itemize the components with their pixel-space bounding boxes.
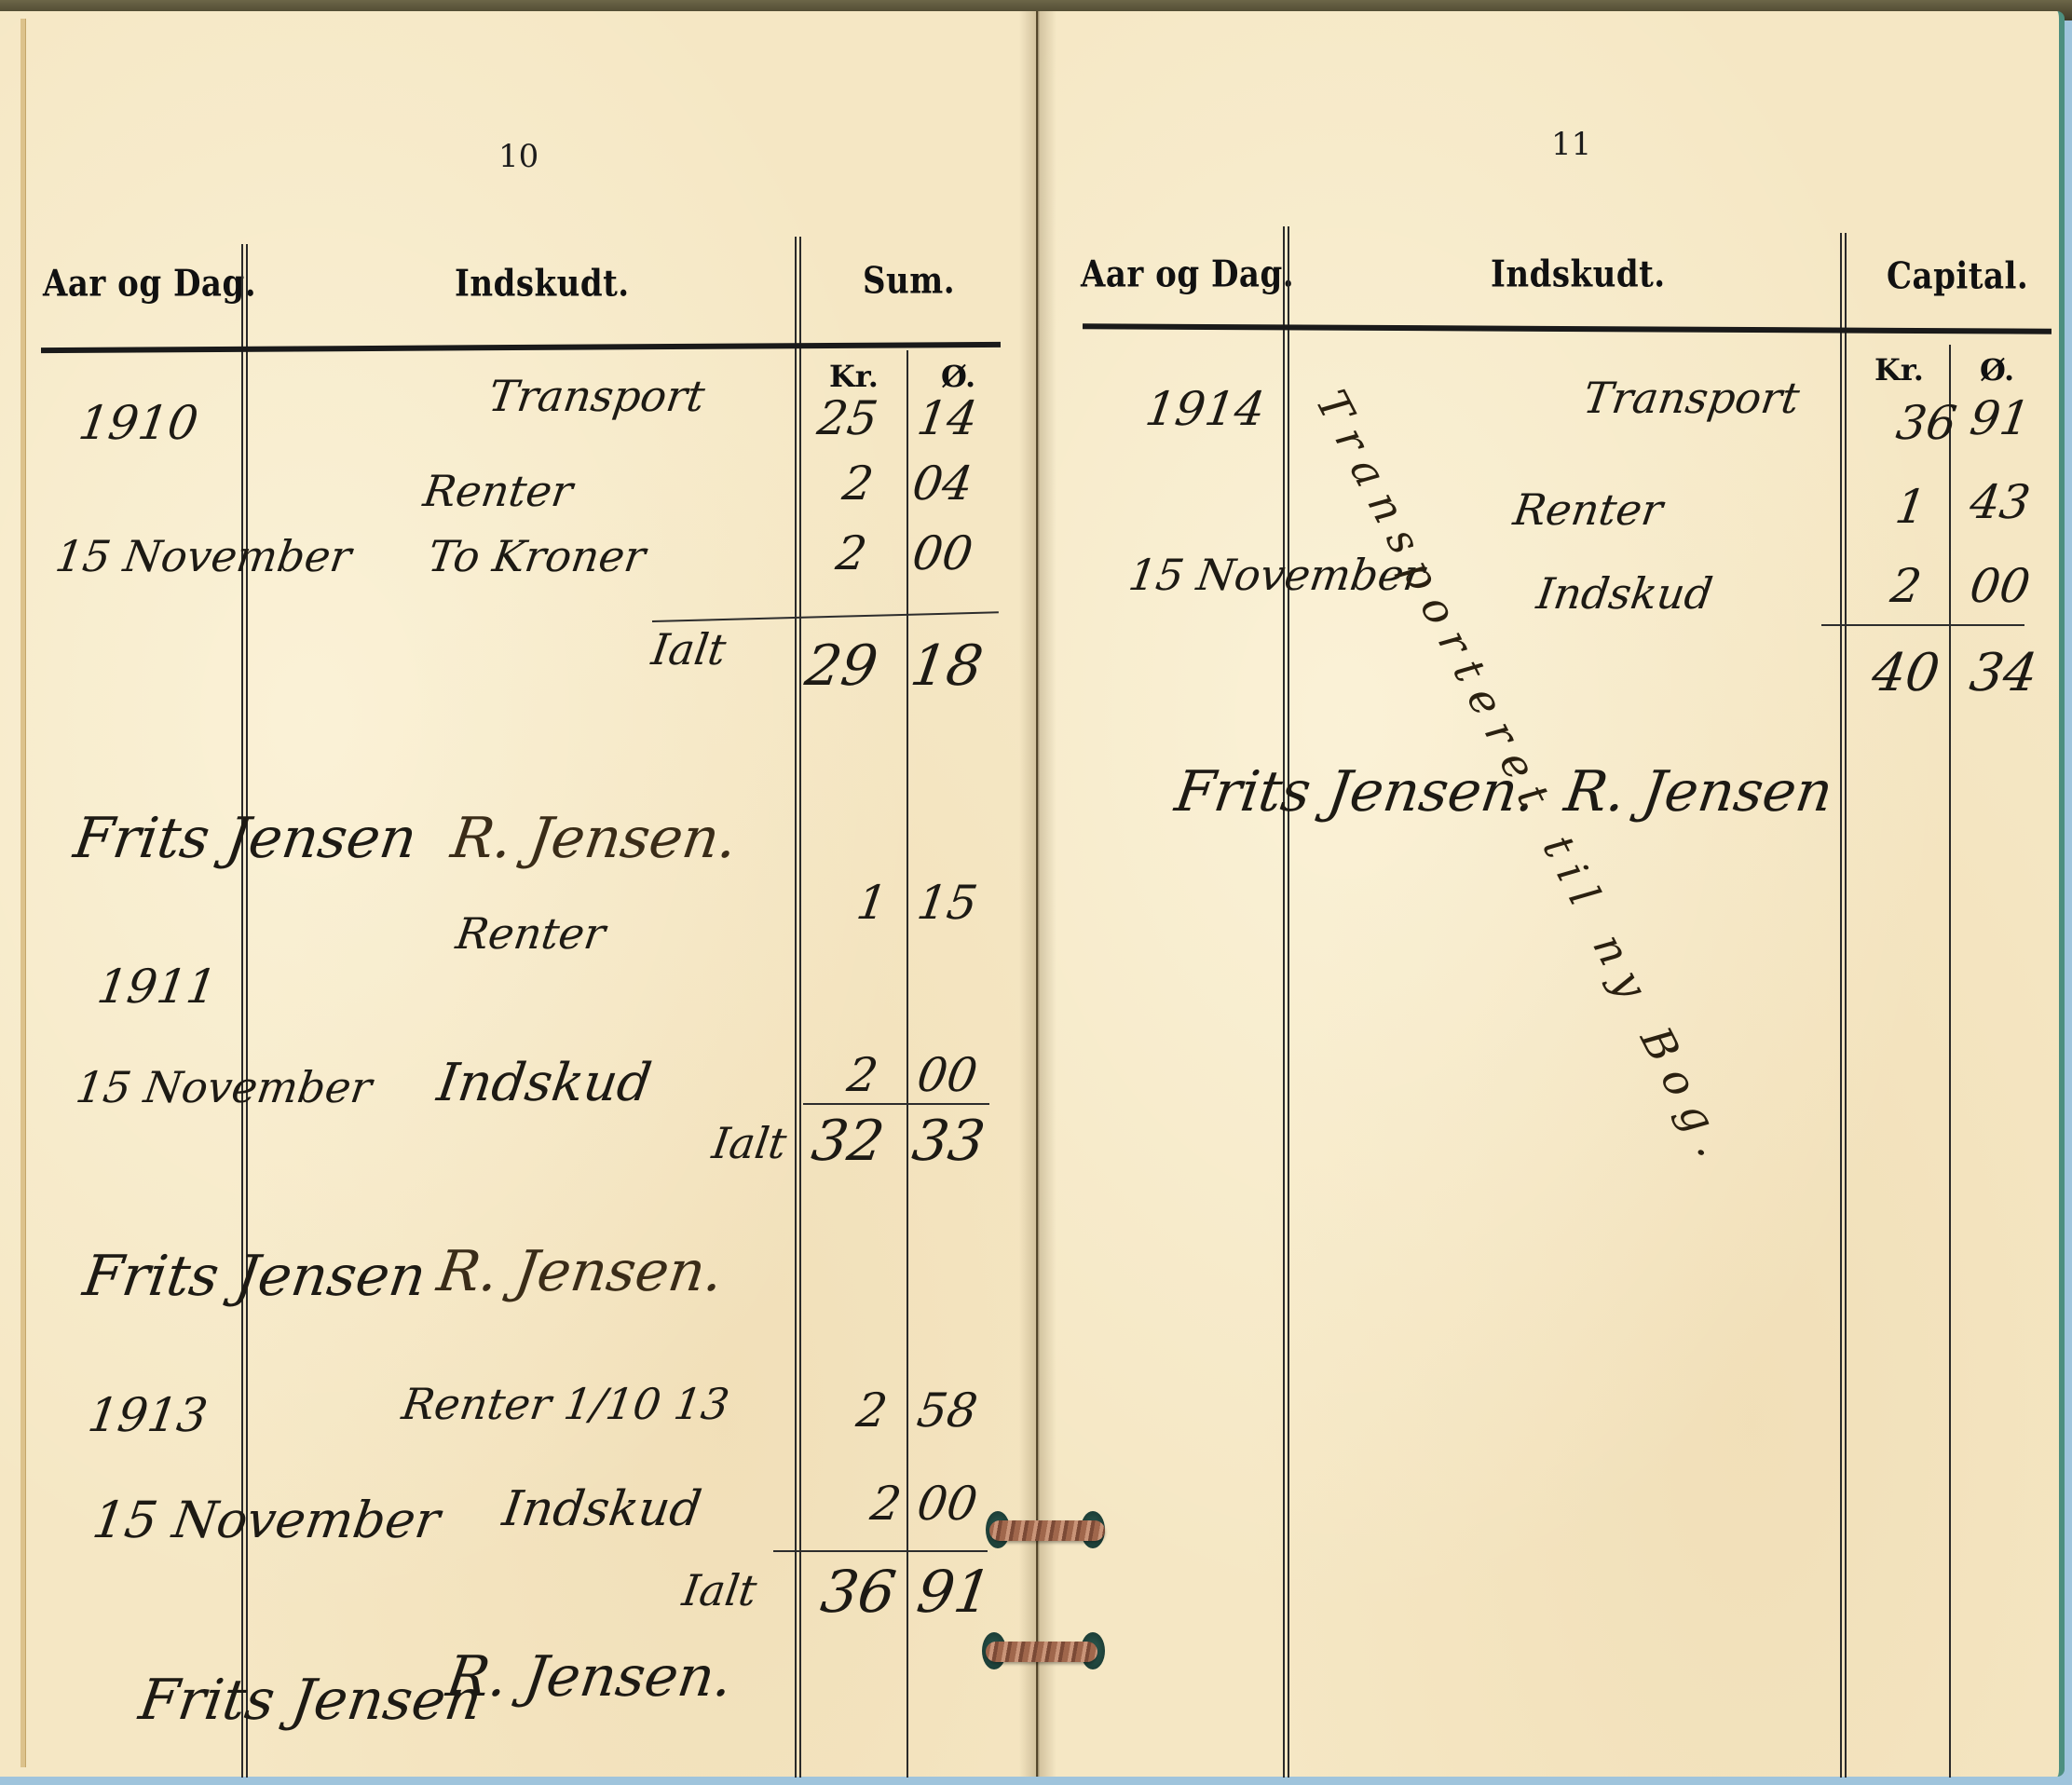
entry-text: Renter 1/10 13 (399, 1379, 732, 1429)
column-divider (1949, 345, 1951, 1778)
entry-text: Ialt (679, 1565, 759, 1615)
page-number: 11 (1551, 126, 1591, 163)
entry-text: Transport (1580, 373, 1803, 423)
witness-signature: R. Jensen. (443, 1644, 736, 1710)
column-divider (795, 237, 801, 1778)
entry-total-ore: 18 (906, 634, 987, 699)
entry-ore: 58 (914, 1383, 981, 1438)
entry-ore: 14 (914, 391, 981, 445)
witness-signature: R. Jensen. (447, 806, 741, 871)
entry-total-kr: 36 (817, 1558, 900, 1626)
ore-subheader: Ø. (1980, 352, 2014, 388)
entry-text: Renter (1510, 484, 1666, 535)
entry-year: 1911 (94, 960, 220, 1014)
entry-date: 15 November (89, 1491, 444, 1549)
entry-date: 15 November (73, 1062, 375, 1112)
entry-kr: 25 (814, 391, 881, 445)
entry-year: 1914 (1142, 382, 1268, 436)
binding-stitch (986, 1642, 1097, 1662)
entry-text: To Kroner (425, 531, 648, 581)
total-rule (1821, 624, 2024, 626)
total-rule (773, 1550, 988, 1552)
column-header-deposit: Indskudt. (455, 263, 630, 306)
entry-text: Indskud (433, 1053, 655, 1113)
witness-signature: R. Jensen. (433, 1239, 727, 1304)
column-header-capital: Capital. (1887, 255, 2028, 298)
column-divider (1840, 233, 1847, 1778)
entry-total-kr: 32 (808, 1109, 888, 1174)
entry-ore: 00 (914, 1048, 981, 1102)
entry-total-ore: 34 (1966, 643, 2040, 703)
entry-text: Indskud (499, 1481, 705, 1537)
column-header-date: Aar og Dag. (43, 263, 256, 306)
entry-ore: 15 (914, 876, 981, 930)
signature: Frits Jensen. (1171, 759, 1540, 824)
total-rule (803, 1103, 989, 1105)
entry-kr: 36 (1893, 396, 1960, 450)
column-header-deposit: Indskudt. (1491, 253, 1666, 296)
entry-text: Renter (420, 466, 576, 516)
column-divider (906, 350, 908, 1778)
signature: Frits Jensen (135, 1668, 485, 1733)
entry-year: 1913 (85, 1388, 211, 1442)
witness-signature: R. Jensen (1561, 759, 1836, 824)
entry-text: Indskud (1534, 568, 1715, 619)
entry-total-kr: 40 (1868, 643, 1942, 703)
entry-year: 1910 (75, 396, 201, 450)
entry-ore: 04 (909, 456, 976, 511)
entry-ore: 91 (1967, 391, 2034, 445)
entry-date: 15 November (52, 531, 354, 581)
entry-ore: 43 (1967, 475, 2034, 529)
kr-subheader: Kr. (829, 359, 879, 394)
page-number: 10 (498, 138, 538, 175)
binding-stitch (989, 1520, 1105, 1541)
column-header-date: Aar og Dag. (1081, 253, 1294, 296)
entry-text: Ialt (648, 624, 729, 674)
ore-subheader: Ø. (941, 359, 975, 394)
entry-ore: 00 (914, 1477, 981, 1531)
column-header-sum: Sum. (863, 260, 955, 303)
column-divider (1283, 226, 1289, 1778)
kr-subheader: Kr. (1874, 352, 1924, 388)
book-spine (1019, 11, 1056, 1777)
entry-total-ore: 91 (913, 1558, 996, 1626)
entry-ore: 00 (1967, 559, 2034, 613)
entry-date: 15 November (1125, 550, 1427, 600)
entry-text: Renter (453, 908, 608, 959)
signature: Frits Jensen (79, 1244, 429, 1309)
entry-total-ore: 33 (908, 1109, 988, 1174)
entry-total-kr: 29 (801, 634, 881, 699)
entry-text: Ialt (709, 1118, 789, 1168)
entry-text: Transport (485, 371, 708, 421)
entry-ore: 00 (909, 526, 976, 580)
signature: Frits Jensen (70, 806, 420, 871)
